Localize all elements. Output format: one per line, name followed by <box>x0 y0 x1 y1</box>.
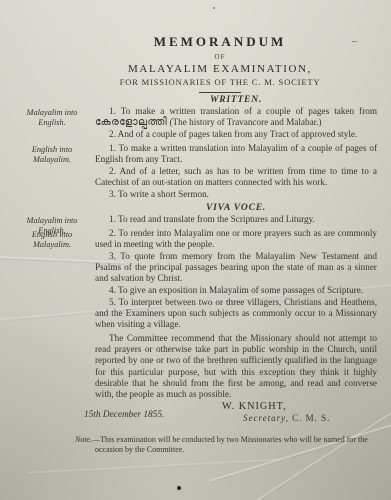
footnote: Note.—This examination will be conducted… <box>75 435 375 454</box>
title-block: MEMORANDUM OF MALAYALIM EXAMINATION, FOR… <box>60 34 380 93</box>
doc-item-text: 1. To read and translate from the Script… <box>109 214 315 224</box>
committee-recommendation-paragraph: The Committee recommend that the Mission… <box>95 333 377 400</box>
item-list: 2. To render into Malayalim one or more … <box>95 228 377 330</box>
doc-item: 5. To interpret between two or three vil… <box>95 297 377 330</box>
doc-item-text: 2. And of a letter, such as has to be wr… <box>95 166 377 187</box>
doc-subtitle-2: FOR MISSIONARIES OF THE C. M. SOCIETY <box>60 77 380 87</box>
doc-item: 3. To quote from memory from the Malayal… <box>95 251 377 284</box>
doc-item: 2. And of a couple of pages taken from a… <box>95 129 377 140</box>
doc-item-text: 3. To quote from memory from the Malayal… <box>95 251 377 283</box>
margin-note: Malayalim into English. <box>14 108 90 127</box>
doc-item-text: 1. To make a written translation into Ma… <box>95 143 377 164</box>
margin-note: English into Malayalim. <box>14 145 90 164</box>
doc-item-text: 2. To render into Malayalim one or more … <box>95 228 377 249</box>
doc-item-text: 4. To give an exposition in Malayalim of… <box>109 285 363 295</box>
doc-item: 3. To write a short Sermon. <box>95 189 377 200</box>
doc-item: 1. To make a written translation of a co… <box>95 106 377 128</box>
doc-item: 1. To read and translate from the Script… <box>95 214 377 225</box>
doc-item: 4. To give an exposition in Malayalim of… <box>95 285 377 296</box>
signature-title-role: Secretary, <box>243 413 289 423</box>
doc-item-text: 2. And of a couple of pages taken from a… <box>109 129 357 139</box>
signature-block: 15th December 1855. W. KNIGHT, Secretary… <box>0 400 391 432</box>
signature-title: Secretary, C. M. S. <box>243 413 330 423</box>
date-line: 15th December 1855. <box>84 410 164 420</box>
doc-item-text: 1. To make a written translation of a co… <box>109 106 377 116</box>
section-heading-viva-voce: VIVA VOCE. <box>95 203 377 213</box>
doc-item: 1. To make a written translation into Ma… <box>95 143 377 165</box>
doc-title-of: OF <box>60 53 380 61</box>
doc-subtitle: MALAYALIM EXAMINATION, <box>60 63 380 75</box>
doc-item-text: 3. To write a short Sermon. <box>109 189 209 199</box>
document-photograph: MEMORANDUM OF MALAYALIM EXAMINATION, FOR… <box>0 0 391 500</box>
malayalam-script-text: കേരളോല്പത്തി <box>95 117 167 128</box>
item-list: 1. To read and translate from the Script… <box>95 214 377 225</box>
viva-group-malayalim-into-english: Malayalim into English. 1. To read and t… <box>0 214 391 225</box>
footnote-label: Note. <box>75 435 92 444</box>
written-group-english-into-malayalim: English into Malayalim. 1. To make a wri… <box>0 143 391 200</box>
doc-item-text: (The history of Travancore and Malabar.) <box>167 117 321 127</box>
signature-name: W. KNIGHT, <box>222 401 287 412</box>
signature-title-org: C. M. S. <box>289 413 331 423</box>
footnote-text: —This examination will be conducted by t… <box>92 435 368 454</box>
title-divider <box>199 92 241 93</box>
doc-item-text: 5. To interpret between two or three vil… <box>95 297 377 329</box>
memorandum-document: MEMORANDUM OF MALAYALIM EXAMINATION, FOR… <box>0 0 391 500</box>
section-heading-written: WRITTEN. <box>95 95 377 105</box>
item-list: 1. To make a written translation into Ma… <box>95 143 377 200</box>
doc-item: 2. And of a letter, such as has to be wr… <box>95 166 377 188</box>
doc-item: 2. To render into Malayalim one or more … <box>95 228 377 250</box>
written-group-malayalim-into-english: Malayalim into English. 1. To make a wri… <box>0 106 391 140</box>
viva-group-english-into-malayalim: English into Malayalim. 2. To render int… <box>0 228 391 330</box>
doc-title: MEMORANDUM <box>60 34 380 50</box>
item-list: 1. To make a written translation of a co… <box>95 106 377 140</box>
margin-note: English into Malayalim. <box>14 230 90 249</box>
